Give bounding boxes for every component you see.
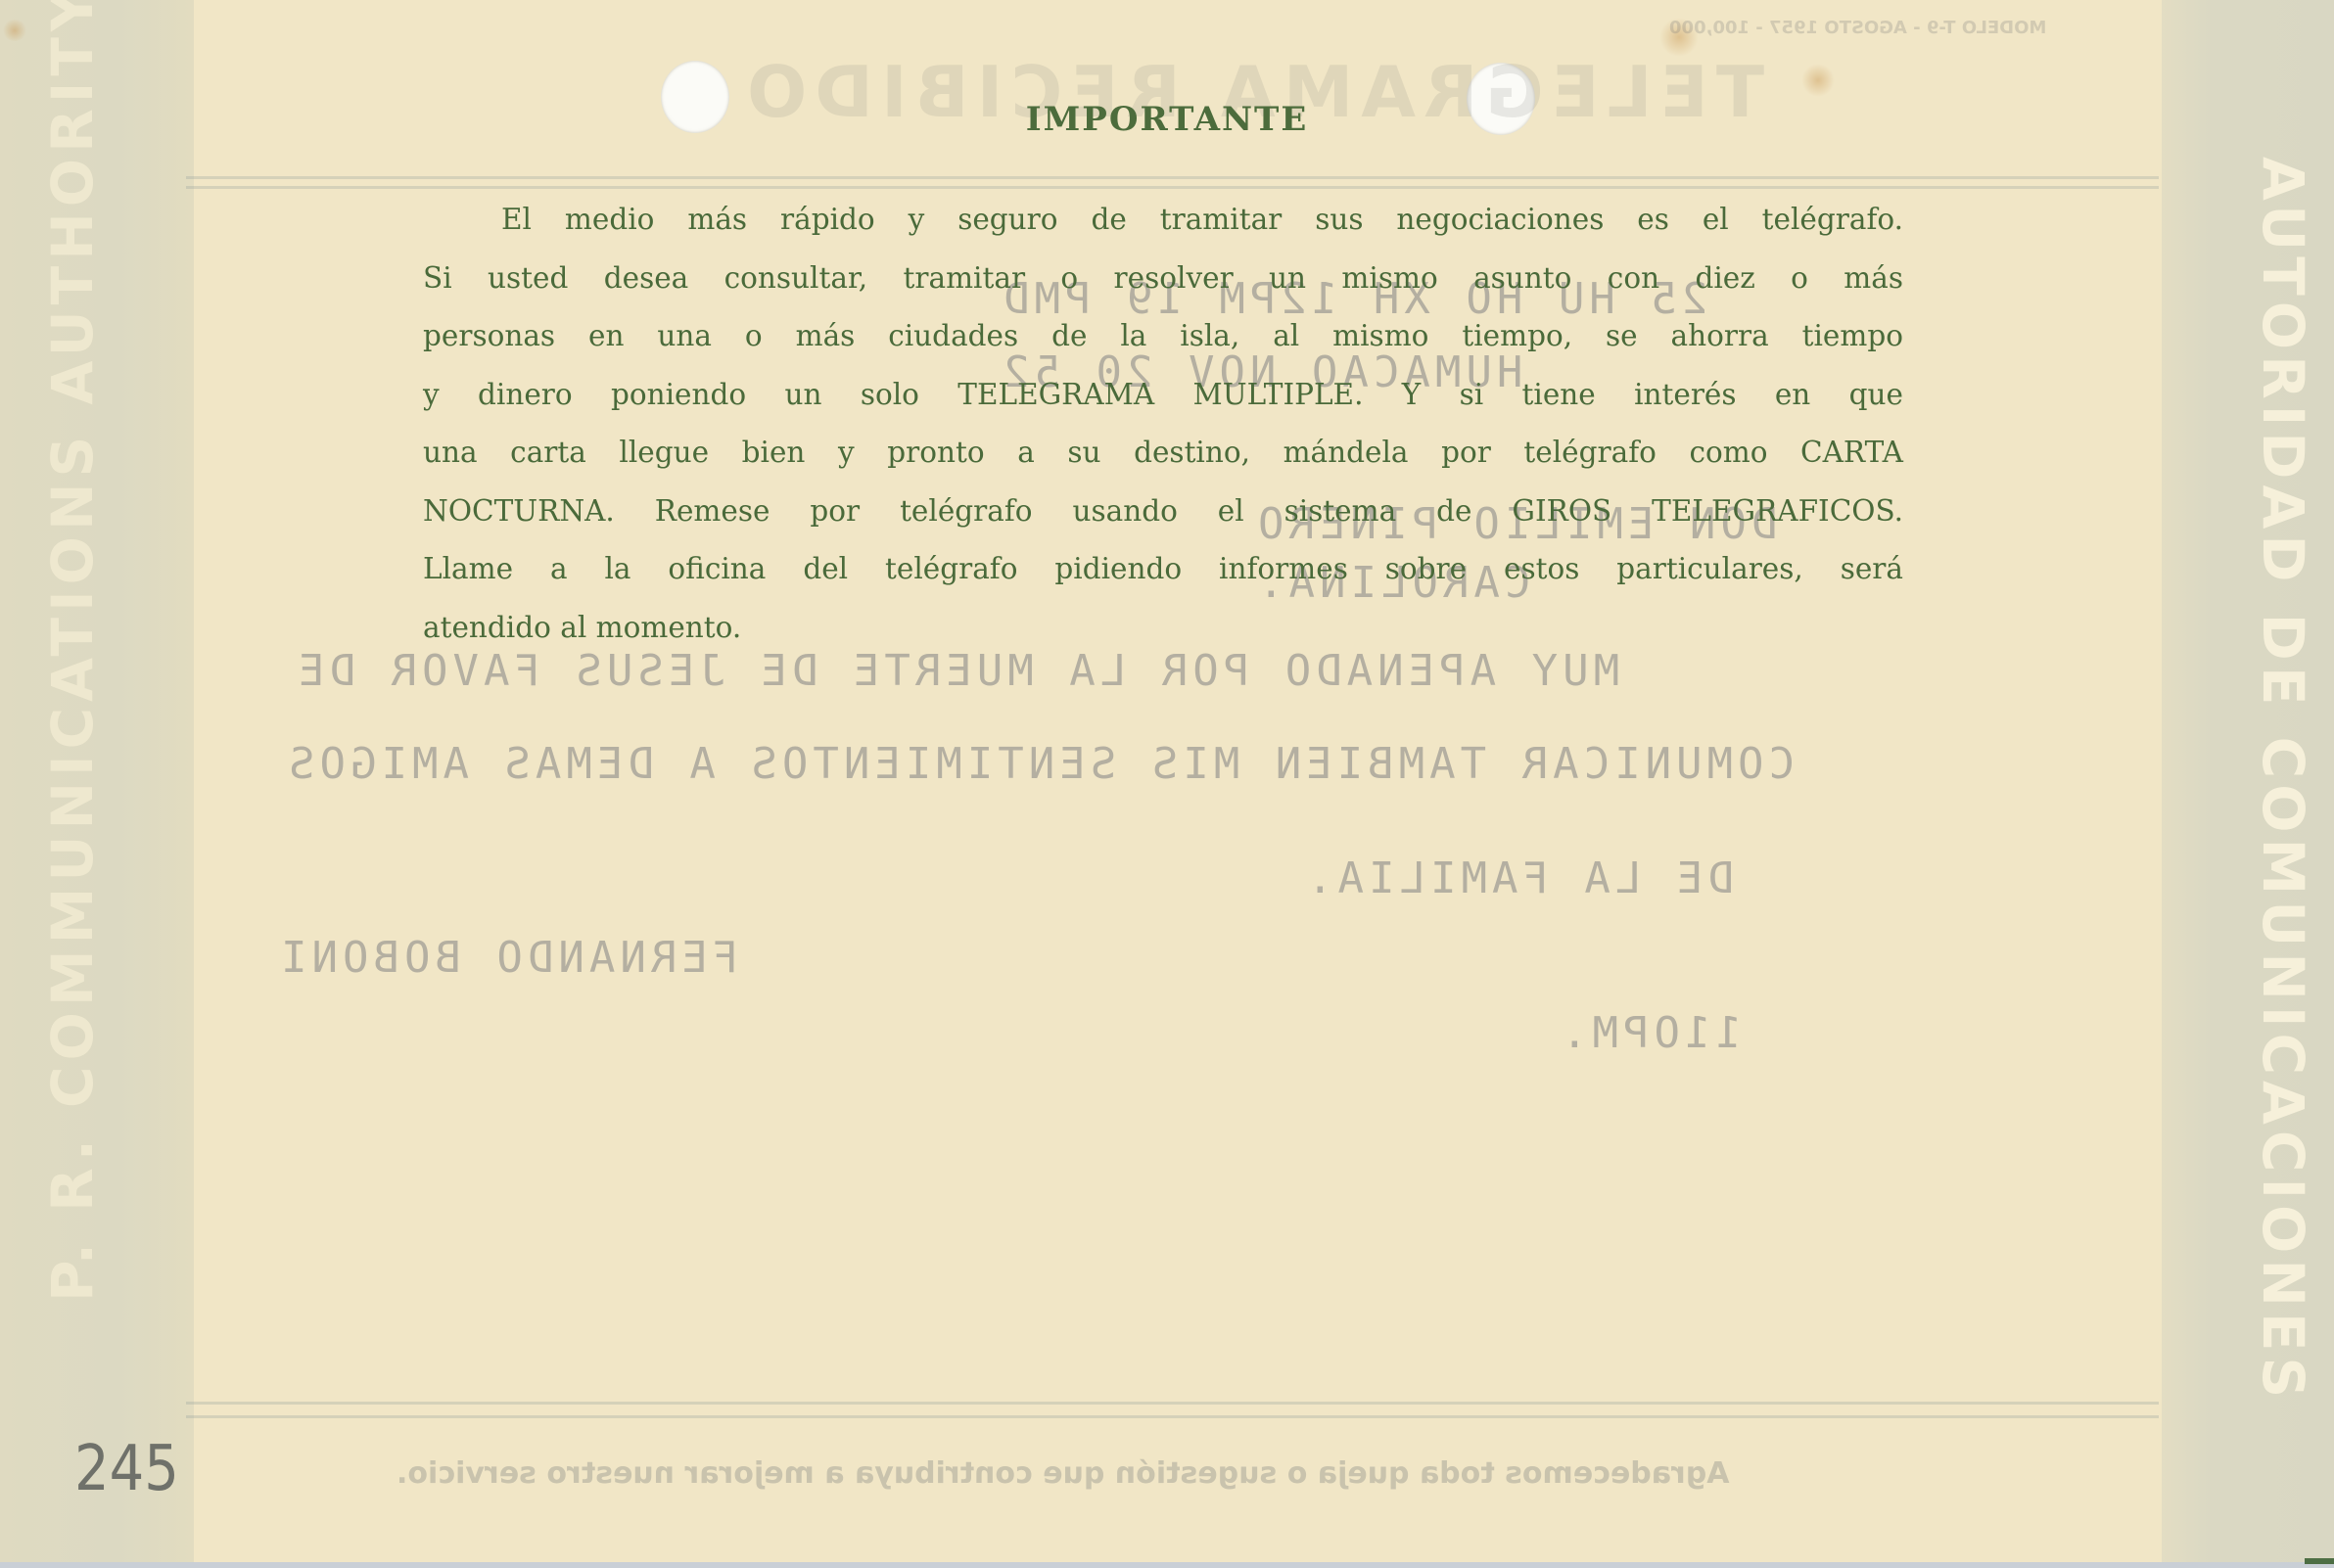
right-bleed-strip: AUTORIDAD DE COMUNICACIONES — [2162, 0, 2334, 1568]
ghost-signature: FERNANDO BOBONI — [276, 933, 738, 983]
paragraph-line: Si usted desea consultar, tramitar o res… — [423, 250, 1903, 308]
pencil-page-number: 245 — [74, 1432, 179, 1505]
ghost-footer: Agradecemos toda queja o sugestión que c… — [397, 1456, 1729, 1491]
paragraph-line: Llame a la oficina del telégrafo pidiend… — [423, 540, 1903, 599]
left-bleed-strip: P. R. COMMUNICATIONS AUTHORITY — [0, 0, 194, 1568]
ghost-rule-bottom — [186, 1415, 2159, 1418]
telegram-form-reverse: P. R. COMMUNICATIONS AUTHORITY AUTORIDAD… — [0, 0, 2334, 1568]
stain-mark — [1801, 64, 1835, 97]
ghost-rule-top — [186, 176, 2159, 179]
right-strip-ghost-text: AUTORIDAD DE COMUNICACIONES — [2250, 157, 2316, 1404]
heading-importante: IMPORTANTE — [0, 100, 2334, 139]
paragraph-line: una carta llegue bien y pronto a su dest… — [423, 424, 1903, 483]
paragraph-line: y dinero poniendo un solo TELEGRAMA MULT… — [423, 366, 1903, 425]
paragraph-line: NOCTURNA. Remese por telégrafo usando el… — [423, 483, 1903, 541]
paragraph-line: El medio más rápido y seguro de tramitar… — [423, 191, 1903, 250]
ghost-rule-bottom — [186, 1402, 2159, 1405]
ghost-message-line-3: DE LA FAMILIA. — [1302, 853, 1734, 903]
paragraph-line: personas en una o más ciudades de la isl… — [423, 307, 1903, 366]
stain-mark — [2, 20, 27, 41]
ghost-message-line-2: COMUNICAR TAMBIEN MIS SENTIMIENTOS A DEM… — [284, 739, 1795, 789]
ghost-time-sent: 11OPM. — [1557, 1008, 1742, 1058]
left-strip-ghost-text: P. R. COMMUNICATIONS AUTHORITY — [39, 0, 106, 1302]
ghost-printer-line: MODELO T-9 - AGOSTO 1957 - 100,000 — [1669, 18, 2046, 38]
scan-bottom-edge — [0, 1562, 2334, 1568]
notice-paragraph: El medio más rápido y seguro de tramitar… — [423, 191, 1903, 657]
paragraph-line: atendido al momento. — [423, 599, 1903, 658]
scan-edge-mark — [2305, 1558, 2334, 1564]
ghost-rule-top — [186, 186, 2159, 189]
